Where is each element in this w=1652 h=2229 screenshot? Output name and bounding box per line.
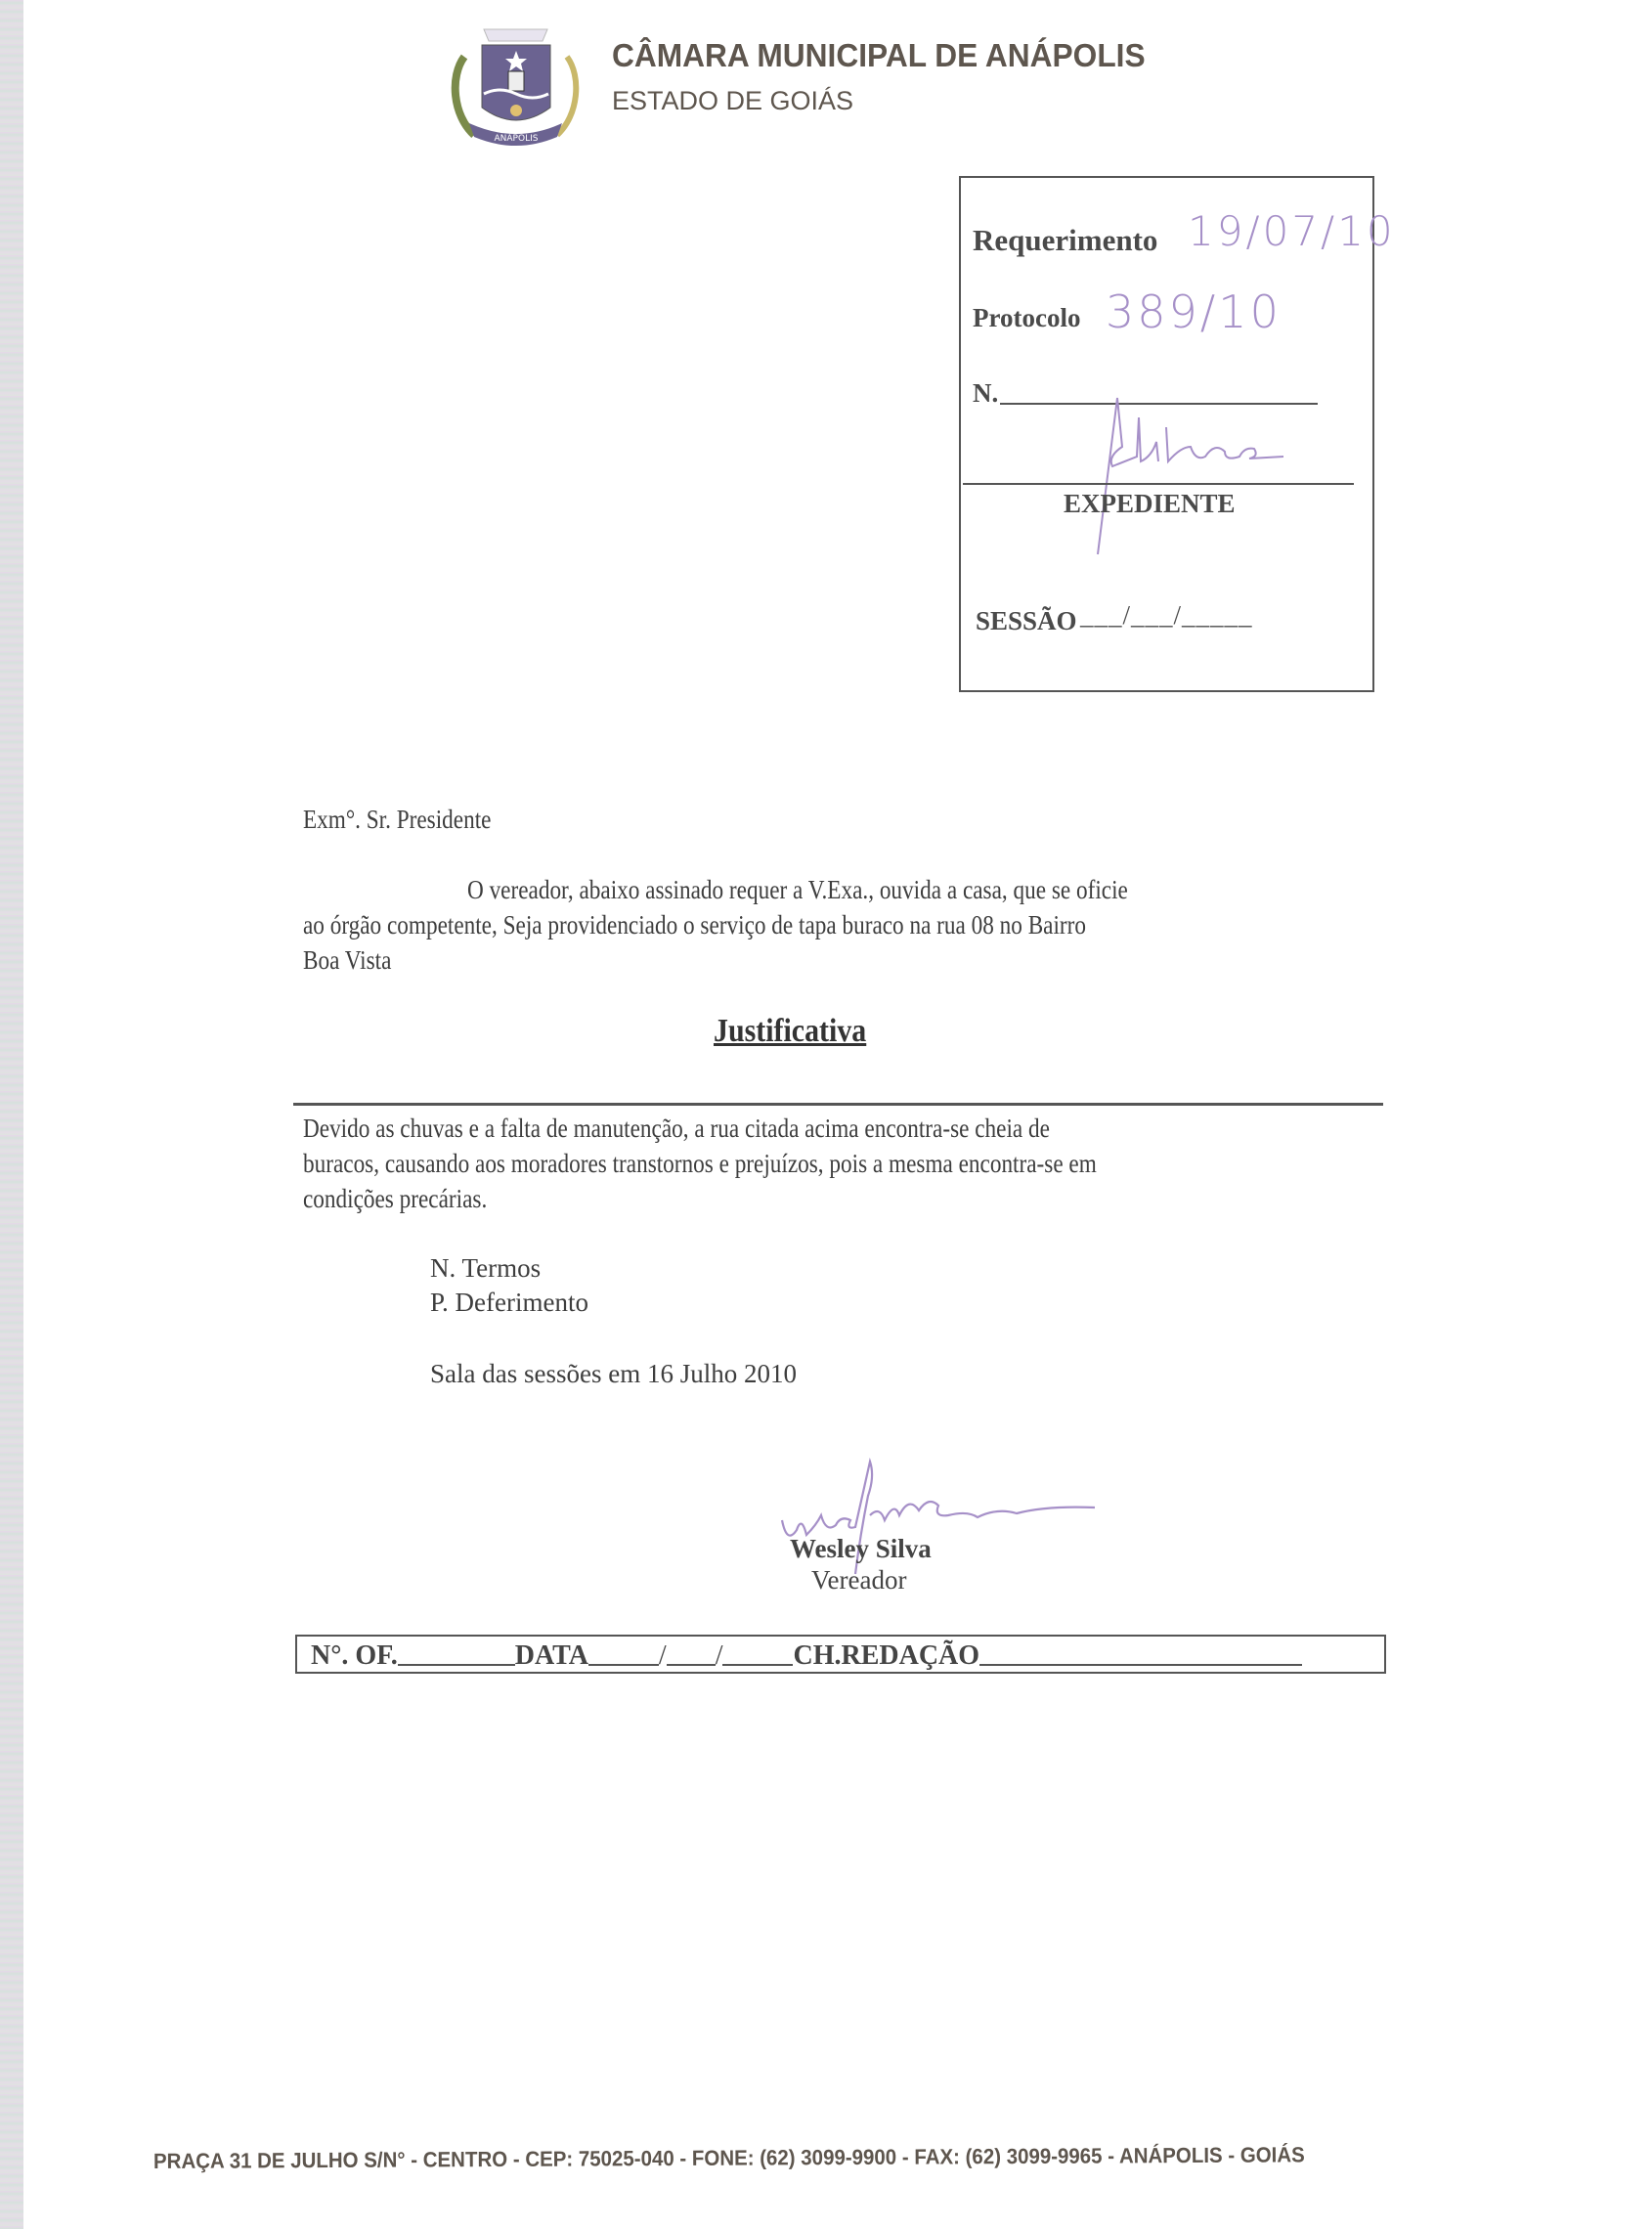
protocol-stamp: Requerimento 19/07/10 Protocolo 389/10 N… — [959, 176, 1374, 692]
redacao-label: CH.REDAÇÃO — [793, 1640, 979, 1672]
justification-line-1: Devido as chuvas e a falta de manutenção… — [303, 1111, 1050, 1146]
signer-name: Wesley Silva — [790, 1534, 932, 1564]
institution-title: CÂMARA MUNICIPAL DE ANÁPOLIS — [612, 37, 1146, 74]
salutation: Exm°. Sr. Presidente — [303, 802, 491, 837]
data-month-field — [667, 1663, 716, 1666]
request-line-1: O vereador, abaixo assinado requer a V.E… — [467, 872, 1128, 907]
date-separator: / — [716, 1640, 723, 1672]
sessao-date-field: ___/___/_____ — [1080, 600, 1253, 631]
closing-termos: N. Termos — [430, 1253, 541, 1284]
expediente-label: EXPEDIENTE — [1064, 489, 1236, 519]
svg-text:ANÁPOLIS: ANÁPOLIS — [495, 132, 539, 144]
data-year-field — [722, 1663, 793, 1666]
of-number-label: N°. OF. — [311, 1640, 398, 1672]
footer-address: PRAÇA 31 DE JULHO S/N° - CENTRO - CEP: 7… — [153, 2142, 1305, 2174]
place-and-date: Sala das sessões em 16 Julho 2010 — [430, 1359, 797, 1389]
signer-role: Vereador — [811, 1565, 906, 1595]
protocolo-number: 389/10 — [1106, 285, 1282, 338]
request-line-2: ao órgão competente, Seja providenciado … — [303, 907, 1086, 942]
justification-line-3: condições precárias. — [303, 1181, 487, 1216]
data-label: DATA — [515, 1640, 588, 1672]
sessao-label: SESSÃO — [976, 606, 1077, 636]
requerimento-label: Requerimento — [973, 223, 1157, 258]
institution-subtitle: ESTADO DE GOIÁS — [612, 86, 853, 116]
stamp-signature — [1068, 388, 1293, 564]
scan-edge — [0, 0, 23, 2229]
date-separator: / — [659, 1640, 667, 1672]
data-day-field — [588, 1663, 659, 1666]
office-form-strip: N°. OF. DATA / / CH.REDAÇÃO — [295, 1635, 1386, 1674]
requerimento-date: 19/07/10 — [1188, 207, 1396, 255]
justification-heading: Justificativa — [714, 1013, 866, 1050]
request-line-3: Boa Vista — [303, 942, 391, 978]
redacao-field — [979, 1663, 1302, 1666]
expediente-line — [963, 483, 1354, 485]
justification-divider — [293, 1103, 1383, 1106]
n-label: N. — [973, 378, 998, 409]
coat-of-arms-icon: ANÁPOLIS — [445, 18, 587, 154]
closing-deferimento: P. Deferimento — [430, 1288, 588, 1318]
of-number-field — [398, 1663, 515, 1666]
protocolo-label: Protocolo — [973, 303, 1080, 333]
justification-line-2: buracos, causando aos moradores transtor… — [303, 1146, 1097, 1181]
